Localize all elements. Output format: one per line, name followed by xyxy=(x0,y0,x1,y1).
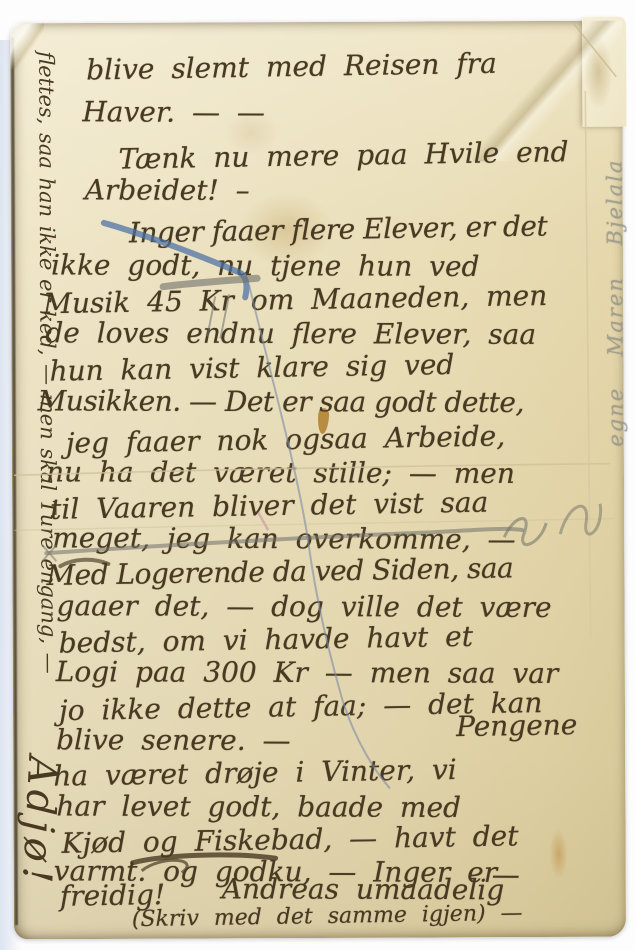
pencil-scribble xyxy=(504,518,546,544)
ink-strike-words xyxy=(133,855,276,863)
scanned-letter: blive slemt med Reisen fra Haver. — — Tæ… xyxy=(0,0,635,950)
pencil-hatch xyxy=(207,294,229,338)
ink-scribble-med xyxy=(60,560,108,566)
fold-crease-diagonal xyxy=(573,23,616,77)
pencil-strike-amount xyxy=(163,278,257,286)
crease-line-horizontal xyxy=(14,464,610,476)
pencil-strikethrough-line xyxy=(46,529,522,553)
letter-paper: blive slemt med Reisen fra Haver. — — Tæ… xyxy=(10,21,626,940)
crease-line-vertical xyxy=(585,91,590,639)
editing-marks-overlay xyxy=(10,21,626,940)
pink-pencil-mark xyxy=(258,512,268,530)
